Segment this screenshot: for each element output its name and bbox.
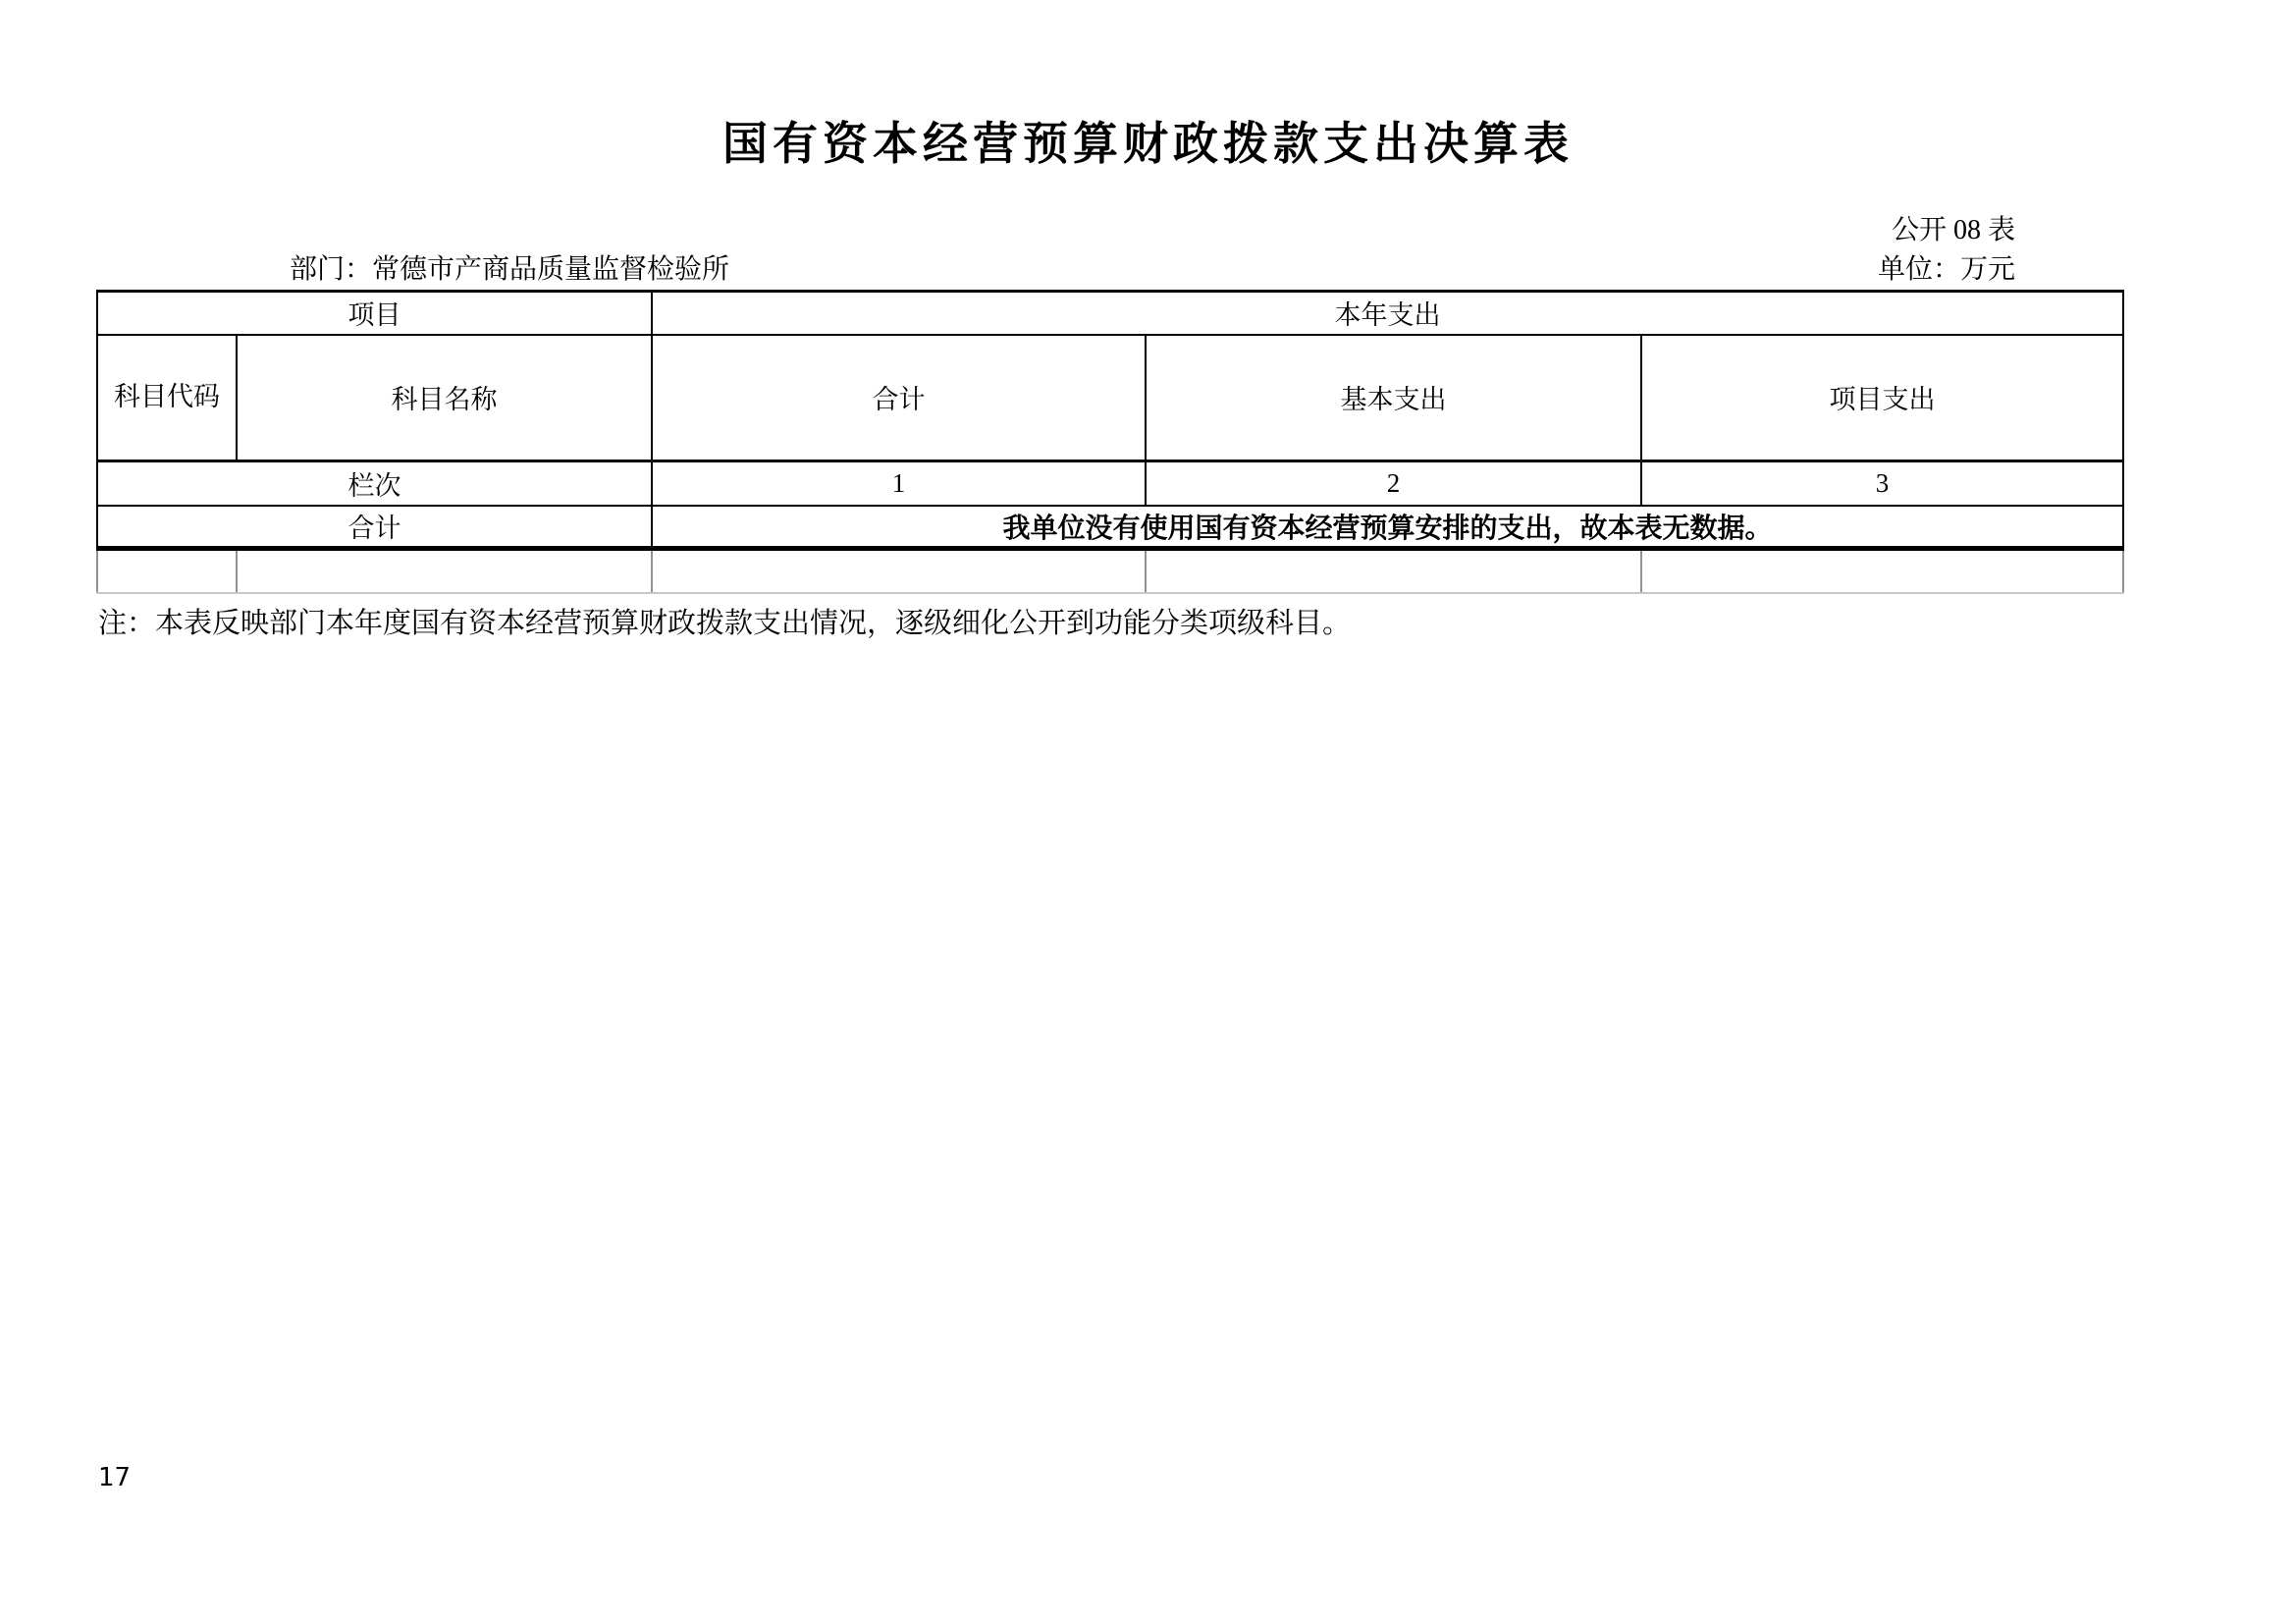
department-value: 常德市产商品质量监督检验所 (372, 254, 729, 285)
no-data-message-cell: 我单位没有使用国有资本经营预算安排的支出，故本表无数据。 (652, 506, 2123, 549)
table-row-header-1: 项目 本年支出 (97, 292, 2123, 335)
empty-cell (97, 548, 237, 593)
header-project-expenditure-cell: 项目支出 (1641, 335, 2123, 461)
header-total-cell: 合计 (652, 335, 1146, 461)
table-row-empty (97, 548, 2123, 593)
department-label: 部门： (290, 254, 372, 285)
index-label-cell: 栏次 (97, 461, 652, 506)
empty-cell (1146, 548, 1641, 593)
index-col2-cell: 2 (1146, 461, 1641, 506)
unit-label: 单位： (1878, 254, 1960, 285)
empty-cell (1641, 548, 2123, 593)
page-number: 17 (98, 1463, 131, 1492)
unit-value: 万元 (1960, 254, 2015, 285)
header-subject-name-cell: 科目名称 (237, 335, 652, 461)
header-current-year-cell: 本年支出 (652, 292, 2123, 335)
header-basic-expenditure-cell: 基本支出 (1146, 335, 1641, 461)
index-col1-cell: 1 (652, 461, 1146, 506)
table-code-label: 公开 08 表 (1892, 208, 2015, 247)
table-row-total: 合计 我单位没有使用国有资本经营预算安排的支出，故本表无数据。 (97, 506, 2123, 549)
footnote: 注：本表反映部门本年度国有资本经营预算财政拨款支出情况，逐级细化公开到功能分类项… (98, 601, 1351, 641)
total-label-cell: 合计 (97, 506, 652, 549)
expenditure-table: 项目 本年支出 科目代码 科目名称 合计 基本支出 项目支出 栏次 1 2 3 … (96, 290, 2124, 594)
page-title: 国有资本经营预算财政拨款支出决算表 (0, 108, 2296, 173)
header-project-cell: 项目 (97, 292, 652, 335)
empty-cell (652, 548, 1146, 593)
document-page: 国有资本经营预算财政拨款支出决算表 公开 08 表 部门：常德市产商品质量监督检… (0, 0, 2296, 1624)
header-subject-code-cell: 科目代码 (97, 335, 237, 461)
empty-cell (237, 548, 652, 593)
table-row-column-index: 栏次 1 2 3 (97, 461, 2123, 506)
index-col3-cell: 3 (1641, 461, 2123, 506)
department-line: 部门：常德市产商品质量监督检验所 (290, 247, 729, 287)
unit-line: 单位：万元 (1878, 247, 2015, 287)
table-row-header-2: 科目代码 科目名称 合计 基本支出 项目支出 (97, 335, 2123, 461)
meta-row: 部门：常德市产商品质量监督检验所 单位：万元 (290, 247, 2015, 287)
